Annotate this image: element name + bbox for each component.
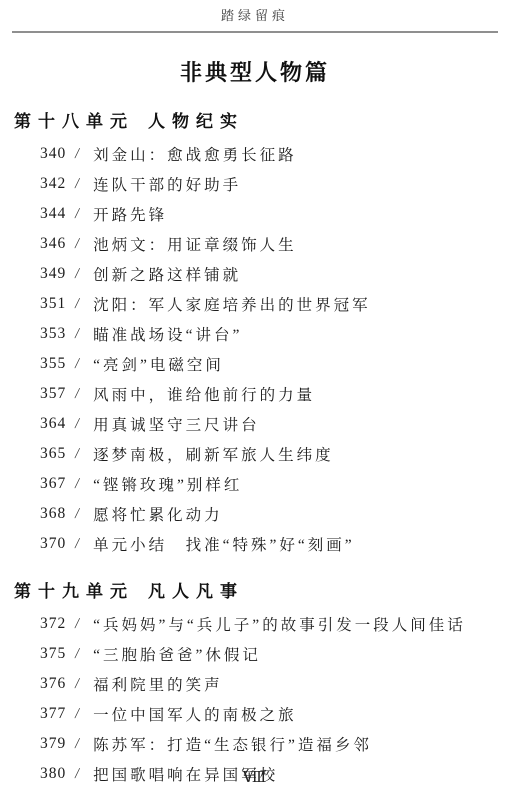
unit-name: 人物纪实	[148, 112, 244, 131]
toc-item: 346 / 池炳文：用证章缀饰人生	[0, 229, 510, 259]
unit-section: 第十八单元人物纪实 340 / 刘金山：愈战愈勇长征路 342 / 连队干部的好…	[0, 110, 510, 559]
toc-list: 340 / 刘金山：愈战愈勇长征路 342 / 连队干部的好助手 344 / 开…	[0, 139, 510, 559]
toc-item-title: 沈阳：军人家庭培养出的世界冠军	[93, 293, 371, 315]
toc-item-separator: /	[74, 506, 81, 523]
toc-item-page: 365	[40, 445, 71, 463]
unit-label: 第十八单元	[14, 112, 134, 131]
toc-item-page: 367	[40, 475, 71, 493]
toc-item-separator: /	[74, 266, 81, 283]
toc-item-page: 364	[40, 415, 71, 433]
toc-item-page: 368	[40, 505, 71, 523]
toc-item-page: 355	[40, 355, 71, 373]
toc-item-title: 刘金山：愈战愈勇长征路	[93, 143, 297, 165]
toc-item: 379 / 陈苏军：打造“生态银行”造福乡邻	[0, 729, 510, 759]
toc-item-title: 陈苏军：打造“生态银行”造福乡邻	[93, 733, 372, 755]
toc-item: 377 / 一位中国军人的南极之旅	[0, 699, 510, 729]
toc-item-title: 风雨中，谁给他前行的力量	[93, 383, 315, 405]
toc-item-title: 连队干部的好助手	[93, 173, 241, 195]
toc-item-title: “三胞胎爸爸”休假记	[93, 643, 261, 665]
toc-item-page: 349	[40, 265, 71, 283]
toc-item-title: 瞄准战场设“讲台”	[93, 323, 242, 345]
toc-item-page: 376	[40, 675, 71, 693]
toc-item-page: 340	[40, 145, 71, 163]
toc-item: 364 / 用真诚坚守三尺讲台	[0, 409, 510, 439]
toc-item-title: 愿将忙累化动力	[93, 503, 223, 525]
toc-item: 372 / “兵妈妈”与“兵儿子”的故事引发一段人间佳话	[0, 609, 510, 639]
toc-item: 349 / 创新之路这样铺就	[0, 259, 510, 289]
toc-item: 355 / “亮剑”电磁空间	[0, 349, 510, 379]
toc-item-separator: /	[74, 176, 81, 193]
toc-item-title: 福利院里的笑声	[93, 673, 223, 695]
header-rule	[12, 31, 498, 33]
toc-item-title: “亮剑”电磁空间	[93, 353, 224, 375]
toc-item-title: 用真诚坚守三尺讲台	[93, 413, 260, 435]
toc-item: 357 / 风雨中，谁给他前行的力量	[0, 379, 510, 409]
toc-item-page: 377	[40, 705, 71, 723]
unit-heading: 第十八单元人物纪实	[14, 110, 510, 133]
toc-item-page: 375	[40, 645, 71, 663]
page-title: 非典型人物篇	[0, 57, 510, 89]
toc-item-title: 单元小结 找准“特殊”好“刻画”	[93, 533, 355, 555]
toc-item-separator: /	[74, 736, 81, 753]
toc-item-title: 开路先锋	[93, 203, 167, 225]
toc-item-page: 357	[40, 385, 71, 403]
toc-item-title: 创新之路这样铺就	[93, 263, 241, 285]
toc-item: 344 / 开路先锋	[0, 199, 510, 229]
toc-item-separator: /	[74, 536, 81, 553]
page-header: 踏绿留痕	[0, 0, 510, 33]
toc-item: 375 / “三胞胎爸爸”休假记	[0, 639, 510, 669]
toc-item-page: 342	[40, 175, 71, 193]
toc-item-separator: /	[74, 386, 81, 403]
unit-label: 第十九单元	[14, 582, 134, 601]
toc-item: 367 / “铿锵玫瑰”别样红	[0, 469, 510, 499]
toc-item: 342 / 连队干部的好助手	[0, 169, 510, 199]
toc-item-page: 379	[40, 735, 71, 753]
toc-item: 376 / 福利院里的笑声	[0, 669, 510, 699]
toc-item: 368 / 愿将忙累化动力	[0, 499, 510, 529]
toc-item-separator: /	[74, 446, 81, 463]
toc-item-separator: /	[74, 476, 81, 493]
toc-item-separator: /	[74, 326, 81, 343]
toc-item-separator: /	[74, 236, 81, 253]
toc-list: 372 / “兵妈妈”与“兵儿子”的故事引发一段人间佳话 375 / “三胞胎爸…	[0, 609, 510, 789]
toc-item-page: 353	[40, 325, 71, 343]
toc-item-separator: /	[74, 616, 81, 633]
unit-name: 凡人凡事	[148, 582, 244, 601]
toc-item: 340 / 刘金山：愈战愈勇长征路	[0, 139, 510, 169]
toc-item-title: 逐梦南极，刷新军旅人生纬度	[93, 443, 334, 465]
running-header-title: 踏绿留痕	[0, 0, 510, 24]
toc-item: 351 / 沈阳：军人家庭培养出的世界冠军	[0, 289, 510, 319]
toc-item-separator: /	[74, 206, 81, 223]
toc-item-separator: /	[74, 676, 81, 693]
toc-item-separator: /	[74, 706, 81, 723]
toc-page: 踏绿留痕 非典型人物篇 第十八单元人物纪实 340 / 刘金山：愈战愈勇长征路 …	[0, 0, 510, 800]
toc-item-page: 346	[40, 235, 71, 253]
toc-item-title: 一位中国军人的南极之旅	[93, 703, 297, 725]
toc-item: 365 / 逐梦南极，刷新军旅人生纬度	[0, 439, 510, 469]
toc-item-separator: /	[74, 646, 81, 663]
toc-item: 353 / 瞄准战场设“讲台”	[0, 319, 510, 349]
toc-item-separator: /	[74, 416, 81, 433]
toc-item-page: 351	[40, 295, 71, 313]
toc-item-separator: /	[74, 146, 81, 163]
toc-item: 370 / 单元小结 找准“特殊”好“刻画”	[0, 529, 510, 559]
toc-item-title: “铿锵玫瑰”别样红	[93, 473, 242, 495]
toc-item-page: 370	[40, 535, 71, 553]
toc-item-separator: /	[74, 296, 81, 313]
toc-item-page: 344	[40, 205, 71, 223]
toc-item-title: 池炳文：用证章缀饰人生	[93, 233, 297, 255]
page-number: Ⅷ	[0, 768, 510, 787]
toc-item-title: “兵妈妈”与“兵儿子”的故事引发一段人间佳话	[93, 613, 466, 635]
unit-section: 第十九单元凡人凡事 372 / “兵妈妈”与“兵儿子”的故事引发一段人间佳话 3…	[0, 580, 510, 789]
toc-units: 第十八单元人物纪实 340 / 刘金山：愈战愈勇长征路 342 / 连队干部的好…	[0, 110, 510, 789]
toc-item-page: 372	[40, 615, 71, 633]
toc-item-separator: /	[74, 356, 81, 373]
unit-heading: 第十九单元凡人凡事	[14, 580, 510, 603]
